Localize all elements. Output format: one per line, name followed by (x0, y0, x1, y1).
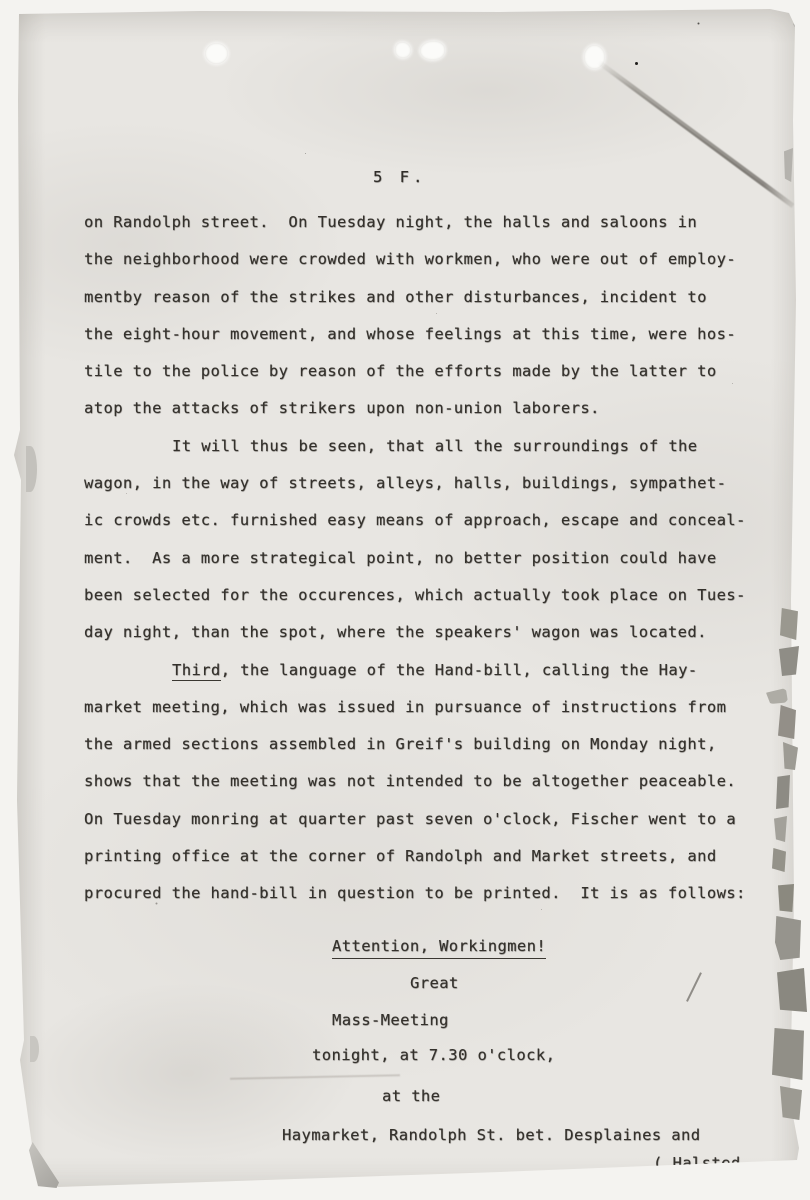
handbill-line: Haymarket, Randolph St. bet. Desplaines … (282, 1124, 700, 1146)
torn-edge-fragment (774, 816, 787, 842)
paper-sheet: 5 F. on Randolph street. On Tuesday nigh… (14, 8, 802, 1192)
handbill-block: Attention, Workingmen!GreatMass-Meetingt… (14, 8, 802, 1192)
torn-edge-fragment (776, 775, 790, 809)
torn-edge-fragment (783, 742, 798, 770)
bent-corner (793, 17, 810, 47)
torn-edge-fragment (778, 884, 794, 912)
handbill-line: ( Halsted (653, 1152, 741, 1174)
torn-edge-fragment (777, 968, 807, 1012)
handbill-line: at the (382, 1085, 440, 1107)
torn-edge-fragment (779, 646, 799, 676)
torn-edge-fragment (780, 608, 798, 640)
torn-edge-fragment (778, 705, 796, 739)
handbill-line: Mass-Meeting (332, 1009, 449, 1031)
handbill-line: Attention, Workingmen! (332, 935, 546, 959)
handbill-line: tonight, at 7.30 o'clock, (312, 1044, 555, 1066)
torn-edge-fragment (772, 1028, 804, 1080)
torn-edge-fragment (775, 916, 801, 960)
handbill-line: Great (410, 972, 459, 994)
scanned-document-page: 5 F. on Randolph street. On Tuesday nigh… (0, 0, 810, 1200)
torn-edge-fragment (772, 848, 786, 872)
torn-edge-fragment (780, 1086, 802, 1120)
